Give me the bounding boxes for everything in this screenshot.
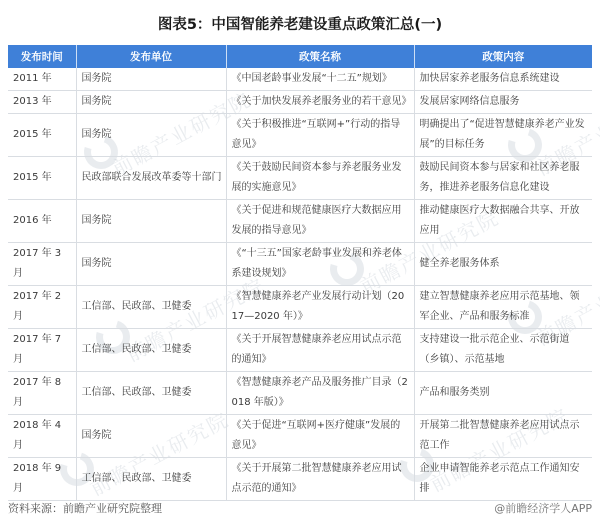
policy-content-cell: 开展第二批智慧健康养老应用试点示范工作 bbox=[414, 415, 592, 458]
table-row: 2015 年国务院《关于积极推进“互联网+”行动的指导意见》明确提出了“促进智慧… bbox=[8, 114, 592, 157]
table-row: 2011 年国务院《中国老龄事业发展“十二五”规划》加快居家养老服务信息系统建设 bbox=[8, 68, 592, 91]
publish-time-cell: 2013 年 bbox=[8, 91, 76, 114]
publish-unit-cell: 工信部、民政部、卫健委 bbox=[76, 329, 226, 372]
table-row: 2017 年 3 月国务院《“十三五”国家老龄事业发展和养老体系建设规划》健全养… bbox=[8, 243, 592, 286]
table-row: 2018 年 4 月国务院《关于促进“互联网+医疗健康”发展的意见》开展第二批智… bbox=[8, 415, 592, 458]
source-note: 资料来源：前瞻产业研究院整理 bbox=[8, 500, 162, 516]
publish-time-cell: 2017 年 3 月 bbox=[8, 243, 76, 286]
table-row: 2017 年 7 月工信部、民政部、卫健委《关于开展智慧健康养老应用试点示范的通… bbox=[8, 329, 592, 372]
page-title: 图表5：中国智能养老建设重点政策汇总(一) bbox=[0, 0, 600, 34]
policy-name-cell: 《“十三五”国家老龄事业发展和养老体系建设规划》 bbox=[226, 243, 414, 286]
policy-name-cell: 《关于促进和规范健康医疗大数据应用发展的指导意见》 bbox=[226, 200, 414, 243]
publish-unit-cell: 国务院 bbox=[76, 91, 226, 114]
table-header: 发布时间 发布单位 政策名称 政策内容 bbox=[8, 45, 592, 68]
publish-unit-cell: 工信部、民政部、卫健委 bbox=[76, 286, 226, 329]
publish-unit-cell: 国务院 bbox=[76, 243, 226, 286]
chart-page: 前瞻产业研究院 前瞻产业研究院 前瞻产业研究院 前瞻产业研究院 前瞻产业研究院 … bbox=[0, 0, 600, 524]
publish-unit-cell: 工信部、民政部、卫健委 bbox=[76, 458, 226, 501]
table-row: 2013 年国务院《关于加快发展养老服务业的若干意见》发展居家网络信息服务 bbox=[8, 91, 592, 114]
policy-content-cell: 鼓励民间资本参与居家和社区养老服务，推进养老服务信息化建设 bbox=[414, 157, 592, 200]
publish-unit-cell: 工信部、民政部、卫健委 bbox=[76, 372, 226, 415]
table-row: 2016 年国务院《关于促进和规范健康医疗大数据应用发展的指导意见》推动健康医疗… bbox=[8, 200, 592, 243]
policy-table: 发布时间 发布单位 政策名称 政策内容 2011 年国务院《中国老龄事业发展“十… bbox=[8, 45, 592, 501]
publish-time-cell: 2018 年 9 月 bbox=[8, 458, 76, 501]
table-row: 2017 年 8 月工信部、民政部、卫健委《智慧健康养老产品及服务推广目录（20… bbox=[8, 372, 592, 415]
publish-time-cell: 2018 年 4 月 bbox=[8, 415, 76, 458]
table-body: 2011 年国务院《中国老龄事业发展“十二五”规划》加快居家养老服务信息系统建设… bbox=[8, 68, 592, 501]
publish-time-cell: 2017 年 2 月 bbox=[8, 286, 76, 329]
policy-name-cell: 《关于加快发展养老服务业的若干意见》 bbox=[226, 91, 414, 114]
policy-content-cell: 企业申请智能养老示范点工作通知安排 bbox=[414, 458, 592, 501]
publish-time-cell: 2017 年 8 月 bbox=[8, 372, 76, 415]
policy-name-cell: 《中国老龄事业发展“十二五”规划》 bbox=[226, 68, 414, 91]
policy-name-cell: 《智慧健康养老产业发展行动计划（2017—2020 年）》 bbox=[226, 286, 414, 329]
publish-time-cell: 2015 年 bbox=[8, 114, 76, 157]
policy-content-cell: 明确提出了“促进智慧健康养老产业发展”的目标任务 bbox=[414, 114, 592, 157]
publish-unit-cell: 国务院 bbox=[76, 114, 226, 157]
policy-content-cell: 产品和服务类别 bbox=[414, 372, 592, 415]
policy-content-cell: 健全养老服务体系 bbox=[414, 243, 592, 286]
policy-name-cell: 《智慧健康养老产品及服务推广目录（2018 年版）》 bbox=[226, 372, 414, 415]
publish-unit-cell: 国务院 bbox=[76, 68, 226, 91]
policy-name-cell: 《关于促进“互联网+医疗健康”发展的意见》 bbox=[226, 415, 414, 458]
policy-content-cell: 支持建设一批示范企业、示范街道（乡镇）、示范基地 bbox=[414, 329, 592, 372]
policy-content-cell: 建立智慧健康养老应用示范基地、领军企业、产品和服务标准 bbox=[414, 286, 592, 329]
publish-time-cell: 2011 年 bbox=[8, 68, 76, 91]
table-row: 2015 年民政部联合发展改革委等十部门《关于鼓励民间资本参与养老服务业发展的实… bbox=[8, 157, 592, 200]
publish-time-cell: 2016 年 bbox=[8, 200, 76, 243]
policy-name-cell: 《关于鼓励民间资本参与养老服务业发展的实施意见》 bbox=[226, 157, 414, 200]
publish-unit-cell: 民政部联合发展改革委等十部门 bbox=[76, 157, 226, 200]
col-header-policy-name: 政策名称 bbox=[226, 45, 414, 68]
footer: 资料来源：前瞻产业研究院整理 @前瞻经济学人APP bbox=[8, 500, 592, 516]
policy-content-cell: 发展居家网络信息服务 bbox=[414, 91, 592, 114]
publish-unit-cell: 国务院 bbox=[76, 415, 226, 458]
policy-name-cell: 《关于积极推进“互联网+”行动的指导意见》 bbox=[226, 114, 414, 157]
policy-content-cell: 加快居家养老服务信息系统建设 bbox=[414, 68, 592, 91]
publish-unit-cell: 国务院 bbox=[76, 200, 226, 243]
policy-name-cell: 《关于开展智慧健康养老应用试点示范的通知》 bbox=[226, 329, 414, 372]
publish-time-cell: 2017 年 7 月 bbox=[8, 329, 76, 372]
policy-content-cell: 推动健康医疗大数据融合共享、开放应用 bbox=[414, 200, 592, 243]
credit-note: @前瞻经济学人APP bbox=[494, 500, 592, 516]
col-header-publish-time: 发布时间 bbox=[8, 45, 76, 68]
table-row: 2017 年 2 月工信部、民政部、卫健委《智慧健康养老产业发展行动计划（201… bbox=[8, 286, 592, 329]
col-header-publish-unit: 发布单位 bbox=[76, 45, 226, 68]
policy-name-cell: 《关于开展第二批智慧健康养老应用试点示范的通知》 bbox=[226, 458, 414, 501]
table-row: 2018 年 9 月工信部、民政部、卫健委《关于开展第二批智慧健康养老应用试点示… bbox=[8, 458, 592, 501]
col-header-policy-content: 政策内容 bbox=[414, 45, 592, 68]
publish-time-cell: 2015 年 bbox=[8, 157, 76, 200]
